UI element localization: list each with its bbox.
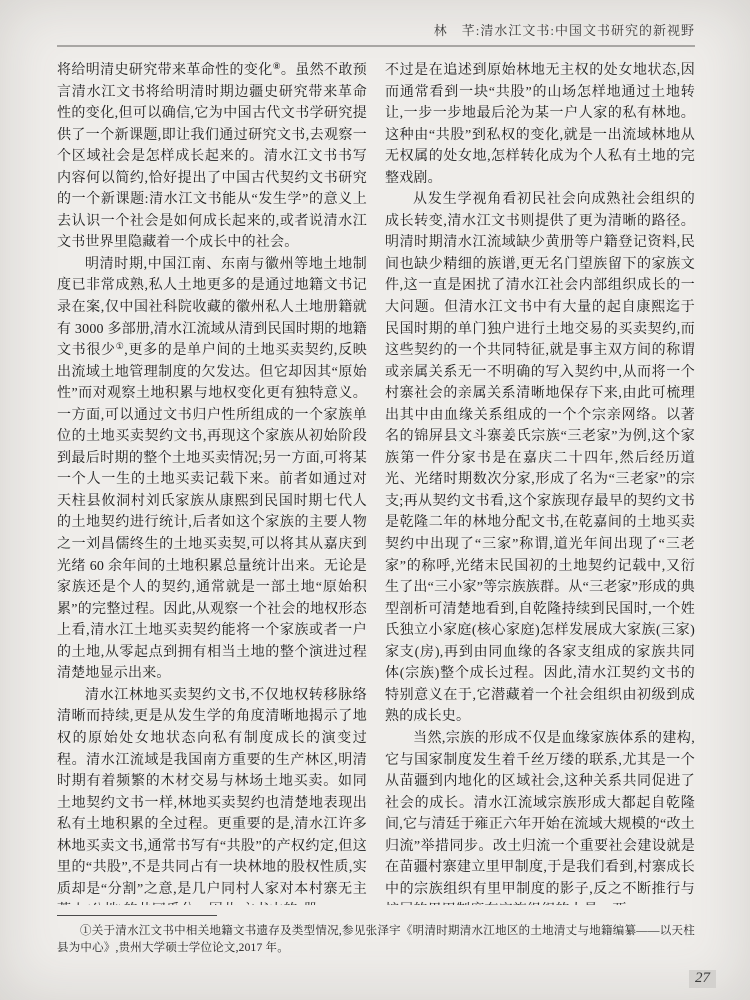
- right-column: 不过是在追述到原始林地无主权的处女地状态,因而通常看到一块“共股”的山场怎样地通…: [385, 60, 695, 905]
- footnote-separator-rule: [57, 915, 217, 916]
- footnote-text: ①关于清水江文书中相关地籍文书遗存及类型情况,参见张泽宇《明清时期清水江地区的土…: [57, 923, 695, 957]
- paragraph-continuation: 将给明清史研究带来革命性的变化⑧。虽然不敢预言清水江文书将给明清时期边疆史研究带…: [57, 60, 367, 254]
- footnote-reference-mark: ⑧: [273, 61, 281, 71]
- paper-page: 林 芊:清水江文书:中国文书研究的新视野 将给明清史研究带来革命性的变化⑧。虽然…: [0, 0, 750, 1000]
- paragraph-text: 清水江林地买卖契约文书,不仅地权转移脉络清晰而持续,更是从发生学的角度清晰地揭示…: [57, 688, 367, 905]
- footnote-block: ①关于清水江文书中相关地籍文书遗存及类型情况,参见张泽宇《明清时期清水江地区的土…: [57, 915, 695, 957]
- paragraph-text: 将给明清史研究带来革命性的变化: [57, 63, 273, 78]
- page-number: 27: [689, 970, 716, 988]
- paragraph-text: 从发生学视角看初民社会向成熟社会组织的成长转变,清水江文书则提供了更为清晰的路径…: [385, 192, 695, 724]
- footnote-reference-mark: ①: [116, 341, 125, 351]
- running-header-title: 林 芊:清水江文书:中国文书研究的新视野: [434, 23, 695, 38]
- paragraph-continuation: 不过是在追述到原始林地无主权的处女地状态,因而通常看到一块“共股”的山场怎样地通…: [385, 60, 695, 189]
- paragraph: 清水江林地买卖契约文书,不仅地权转移脉络清晰而持续,更是从发生学的角度清晰地揭示…: [57, 685, 367, 905]
- two-column-body: 将给明清史研究带来革命性的变化⑧。虽然不敢预言清水江文书将给明清时期边疆史研究带…: [57, 60, 695, 905]
- paragraph-text: 当然,宗族的形成不仅是血缘家族体系的建构,它与国家制度发生着千丝万缕的联系,尤其…: [385, 731, 695, 905]
- paragraph-text: ,更多的是单户间的土地买卖契约,反映出流域土地管理制度的欠发达。但它却因其“原始…: [57, 343, 367, 681]
- running-header: 林 芊:清水江文书:中国文书研究的新视野: [57, 20, 695, 47]
- header-rule: [57, 45, 695, 47]
- paragraph-text: 不过是在追述到原始林地无主权的处女地状态,因而通常看到一块“共股”的山场怎样地通…: [385, 63, 695, 186]
- paragraph: 当然,宗族的形成不仅是血缘家族体系的建构,它与国家制度发生着千丝万缕的联系,尤其…: [385, 728, 695, 905]
- left-column: 将给明清史研究带来革命性的变化⑧。虽然不敢预言清水江文书将给明清时期边疆史研究带…: [57, 60, 367, 905]
- paragraph-text: 。虽然不敢预言清水江文书将给明清时期边疆史研究带来革命性的变化,但可以确信,它为…: [57, 63, 367, 250]
- paragraph: 明清时期,中国江南、东南与徽州等地土地制度已非常成熟,私人土地更多的是通过地籍文…: [57, 254, 367, 685]
- paragraph: 从发生学视角看初民社会向成熟社会组织的成长转变,清水江文书则提供了更为清晰的路径…: [385, 189, 695, 728]
